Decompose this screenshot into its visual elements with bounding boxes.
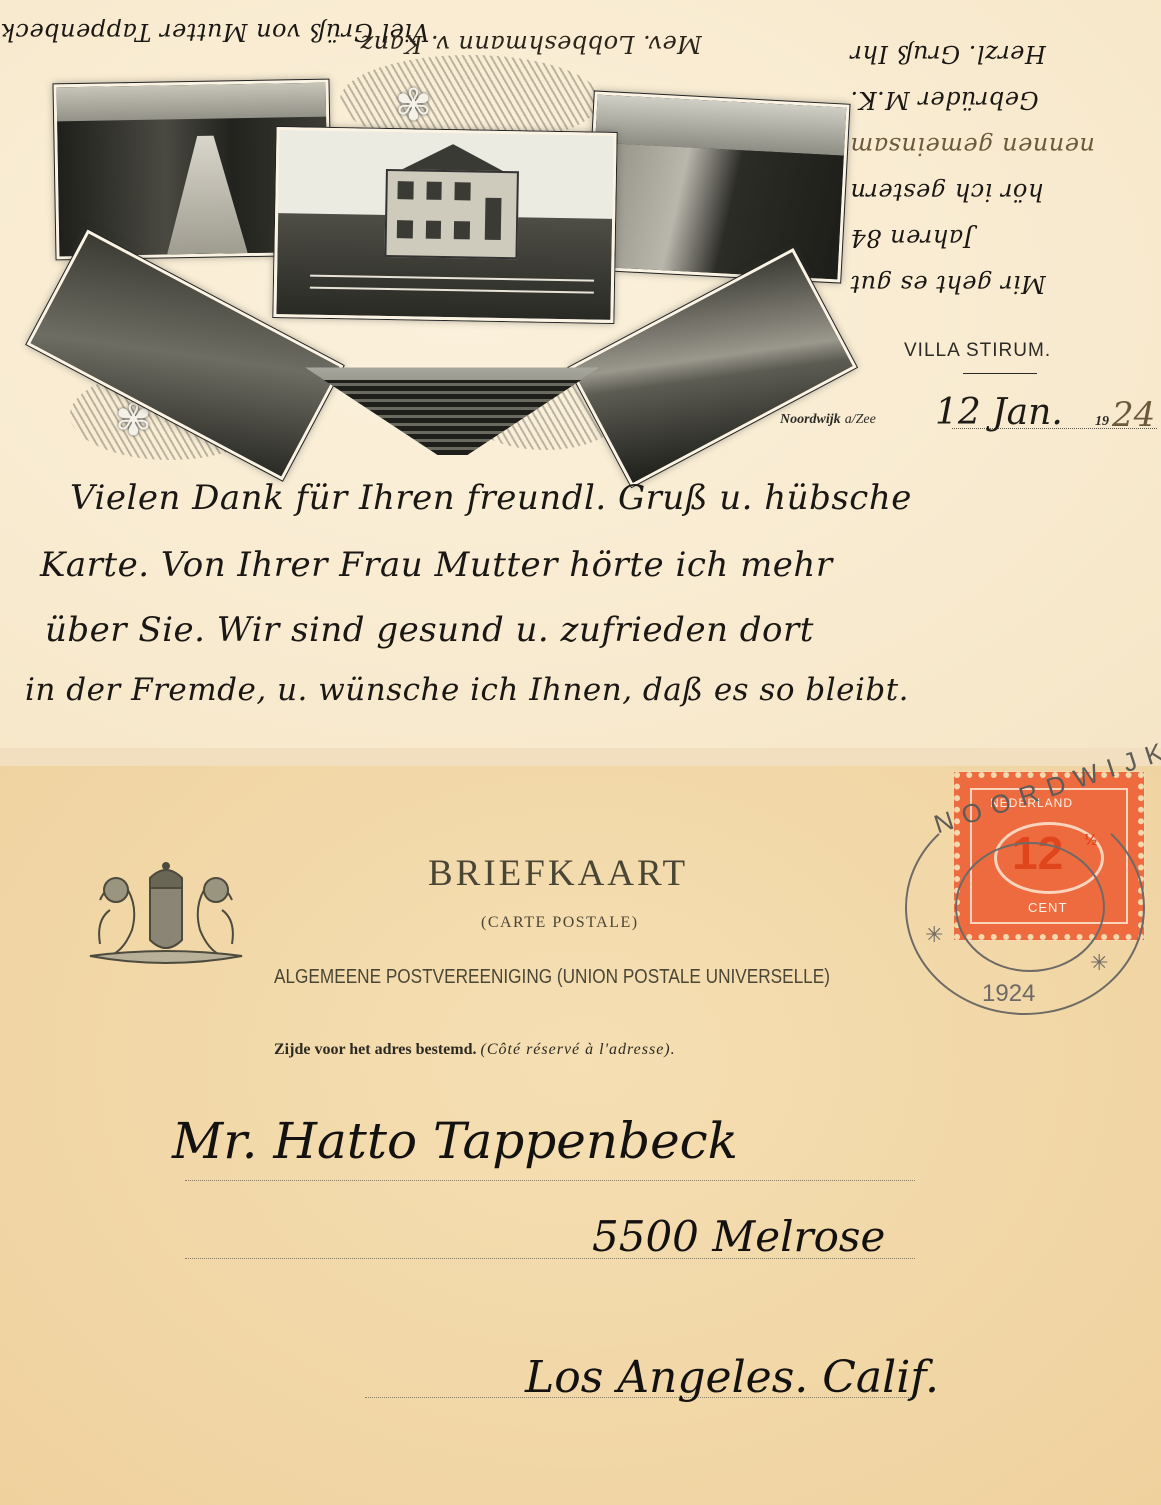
message-line: über Sie. Wir sind gesund u. zufrieden d…: [45, 610, 814, 650]
lily-ornament-icon: ✾: [395, 80, 432, 131]
postmark-inner-ring: [955, 842, 1105, 972]
vignette-villa-house: [273, 127, 616, 323]
recipient-name: Mr. Hatto Tappenbeck: [172, 1112, 738, 1170]
handwritten-year-suffix: 24: [1112, 395, 1155, 435]
address-note-dutch: Zijde voor het adres bestemd.: [274, 1041, 477, 1058]
sideways-line: hör ich gestern: [850, 178, 1161, 206]
year-prefix: 19: [1095, 414, 1109, 430]
handwritten-date: 12 Jan.: [935, 392, 1063, 433]
title-underline: [963, 373, 1037, 374]
address-side-note: Zijde voor het adres bestemd. (Côté rése…: [274, 1041, 676, 1059]
recipient-street: 5500 Melrose: [592, 1212, 885, 1261]
sideways-line: nennen gemeinsam: [850, 132, 1161, 160]
sideways-line: Gebrüder M.K.: [850, 86, 1161, 114]
coat-of-arms-icon: [80, 860, 252, 972]
message-line: Vielen Dank für Ihren freundl. Gruß u. h…: [70, 478, 912, 518]
sideways-line: Mir geht es gut: [850, 270, 1161, 298]
sideways-note-right: Herzl. Gruß Ihr Gebrüder M.K. nennen gem…: [850, 40, 1161, 340]
vignette-garden-path: [586, 91, 850, 282]
sideways-line: Herzl. Gruß Ihr: [850, 40, 1161, 68]
postal-union-line: ALGEMEENE POSTVEREENIGING (UNION POSTALE…: [274, 966, 830, 989]
recipient-city: Los Angeles. Calif.: [525, 1352, 939, 1403]
postmark-year: 1924: [982, 980, 1035, 1008]
upside-down-note-right: Mev. Lobbeshmann v. Kanz: [360, 30, 702, 58]
address-note-french: (Côté réservé à l'adresse).: [481, 1041, 676, 1058]
postmark-star-icon: ✳: [925, 922, 943, 948]
place-label: Noordwijk a/Zee: [780, 412, 876, 428]
card-title: BRIEFKAART: [428, 852, 688, 895]
place-suffix: a/Zee: [845, 412, 876, 428]
sideways-line: Jahren 84: [850, 224, 1161, 252]
message-line: in der Fremde, u. wünsche ich Ihnen, daß…: [25, 672, 909, 708]
card-subtitle: (CARTE POSTALE): [481, 914, 639, 932]
postmark-star-icon: ✳: [1090, 950, 1108, 976]
place-name: Noordwijk: [780, 412, 841, 428]
postcard-front: ✾ ✾ VILL: [0, 0, 1161, 748]
card-divider: [0, 748, 1161, 766]
villa-title: VILLA STIRUM.: [904, 340, 1051, 362]
address-line-1: [185, 1180, 915, 1181]
message-line: Karte. Von Ihrer Frau Mutter hörte ich m…: [40, 545, 833, 585]
